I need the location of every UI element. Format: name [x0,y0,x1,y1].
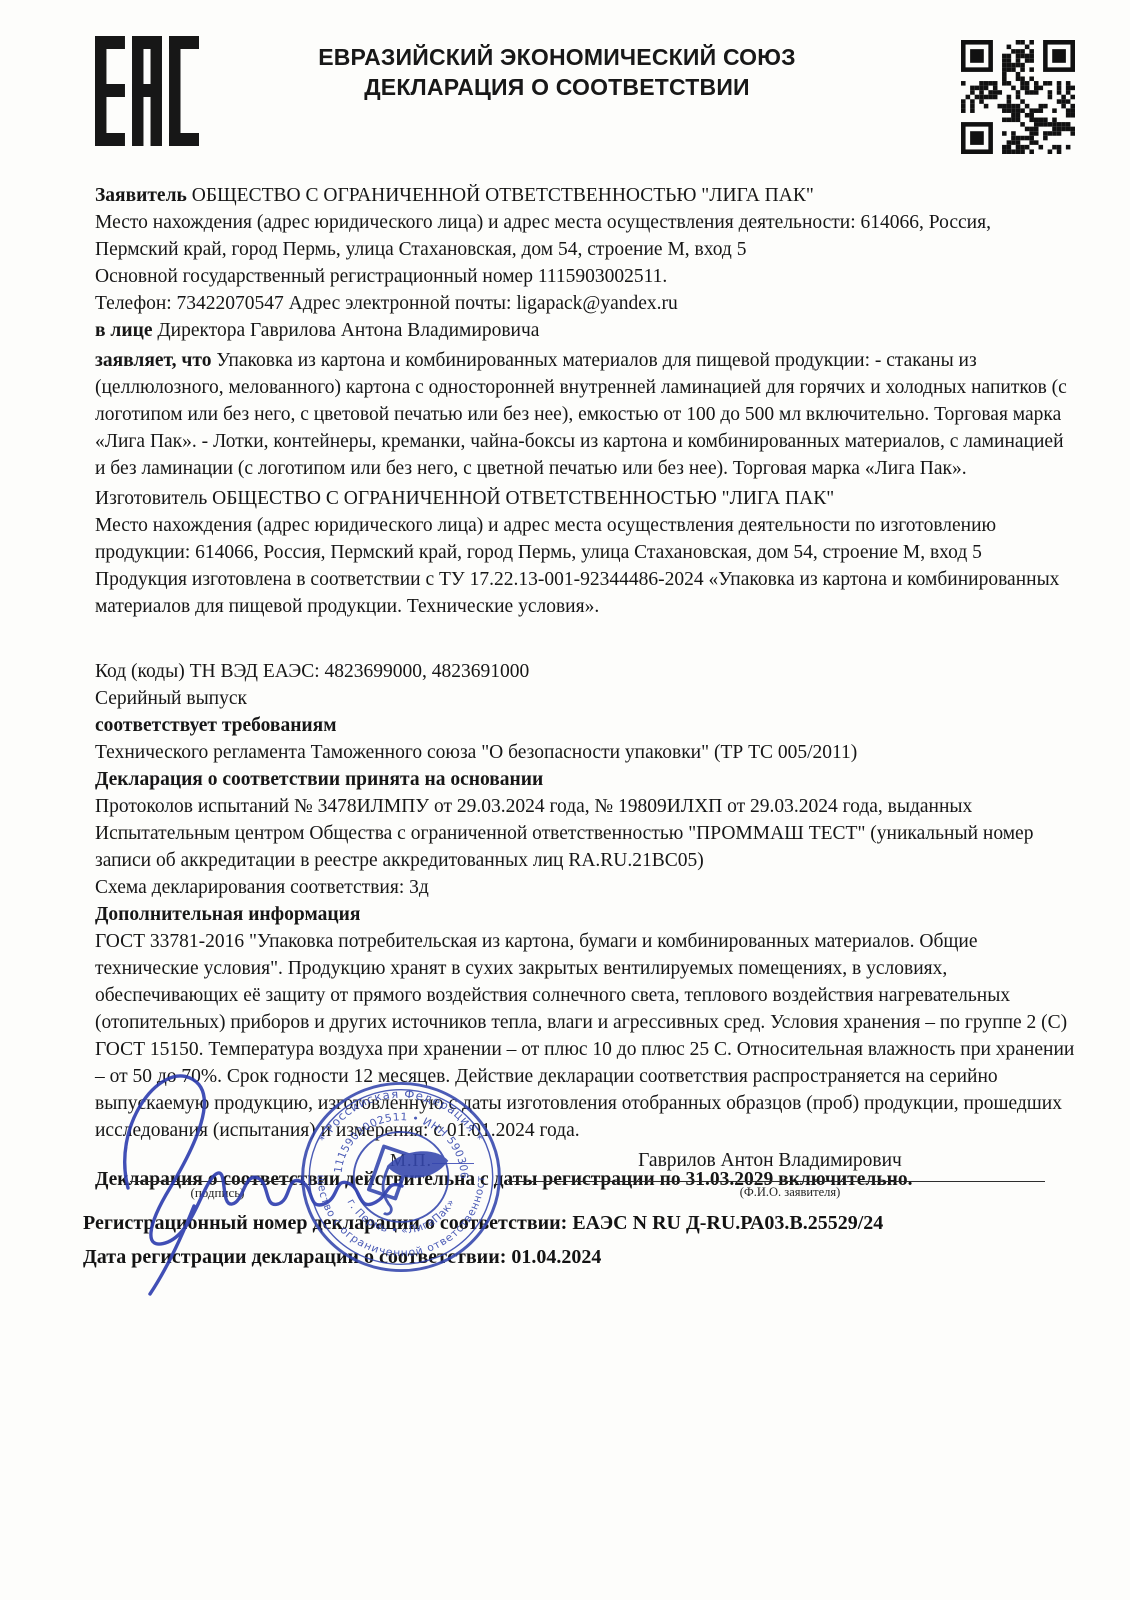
document-header: ЕВРАЗИЙСКИЙ ЭКОНОМИЧЕСКИЙ СОЮЗ ДЕКЛАРАЦИ… [95,36,1075,154]
applicant-ogrn: Основной государственный регистрационный… [95,263,1075,290]
registration-number: Регистрационный номер декларации о соотв… [83,1212,883,1235]
applicant-contacts: Телефон: 73422070547 Адрес электронной п… [95,290,1075,317]
in-person-name: Директора Гаврилова Антона Владимировича [157,320,539,341]
additional-info-label: Дополнительная информация [95,901,1075,928]
complies-text: Технического регламента Таможенного союз… [95,739,1075,766]
document-content: ЕВРАЗИЙСКИЙ ЭКОНОМИЧЕСКИЙ СОЮЗ ДЕКЛАРАЦИ… [95,0,1075,1193]
applicant-address: Место нахождения (адрес юридического лиц… [95,209,1075,263]
serial-release: Серийный выпуск [95,685,1075,712]
scheme-line: Схема декларирования соответствия: 3д [95,874,1075,901]
qr-finder-bottom-left [961,122,993,154]
signature-caption: (подпись) [130,1185,305,1201]
title-line-2: ДЕКЛАРАЦИЯ О СООТВЕТСТВИИ [199,72,915,102]
tn-ved-codes: Код (коды) ТН ВЭД ЕАЭС: 4823699000, 4823… [95,658,1075,685]
declaration-document: ЕВРАЗИЙСКИЙ ЭКОНОМИЧЕСКИЙ СОЮЗ ДЕКЛАРАЦИ… [0,0,1130,1600]
manufacturer-name: ОБЩЕСТВО С ОГРАНИЧЕННОЙ ОТВЕТСТВЕННОСТЬЮ… [212,488,834,509]
manufactured-to: Продукция изготовлена в соответствии с Т… [95,566,1075,620]
declares-text: Упаковка из картона и комбинированных ма… [95,350,1067,479]
qr-code [961,40,1075,154]
signature-line [130,1181,305,1182]
manufacturer-label: Изготовитель [95,488,207,509]
declares-label: заявляет, что [95,350,212,371]
signatory-name: Гаврилов Антон Владимирович [615,1150,925,1172]
applicant-name: ОБЩЕСТВО С ОГРАНИЧЕННОЙ ОТВЕТСТВЕННОСТЬЮ… [192,185,814,206]
additional-info-text: ГОСТ 33781-2016 "Упаковка потребительска… [95,928,1075,1144]
applicant-label: Заявитель [95,185,187,206]
qr-finder-top-right [1043,40,1075,72]
applicant-paragraph: Заявитель ОБЩЕСТВО С ОГРАНИЧЕННОЙ ОТВЕТС… [95,182,1075,209]
in-person-label: в лице [95,320,152,341]
basis-text: Протоколов испытаний № 3478ИЛМПУ от 29.0… [95,793,1075,874]
title-line-1: ЕВРАЗИЙСКИЙ ЭКОНОМИЧЕСКИЙ СОЮЗ [199,42,915,72]
seal-place-mark: М.П. [390,1150,432,1171]
applicant-in-person: в лице Директора Гаврилова Антона Владим… [95,317,1075,344]
basis-label: Декларация о соответствии принята на осн… [95,766,1075,793]
name-line [508,1181,1045,1182]
registration-date: Дата регистрации декларации о соответств… [83,1246,601,1269]
manufacturer-address: Место нахождения (адрес юридического лиц… [95,512,1075,566]
seal-dash [432,1163,474,1164]
declares-paragraph: заявляет, что Упаковка из картона и комб… [95,347,1075,482]
manufacturer-paragraph: Изготовитель ОБЩЕСТВО С ОГРАНИЧЕННОЙ ОТВ… [95,485,1075,512]
name-caption: (Ф.И.О. заявителя) [645,1185,935,1200]
qr-finder-top-left [961,40,993,72]
eac-conformity-mark-icon [95,36,199,146]
document-title: ЕВРАЗИЙСКИЙ ЭКОНОМИЧЕСКИЙ СОЮЗ ДЕКЛАРАЦИ… [199,42,915,102]
complies-label: соответствует требованиям [95,712,1075,739]
